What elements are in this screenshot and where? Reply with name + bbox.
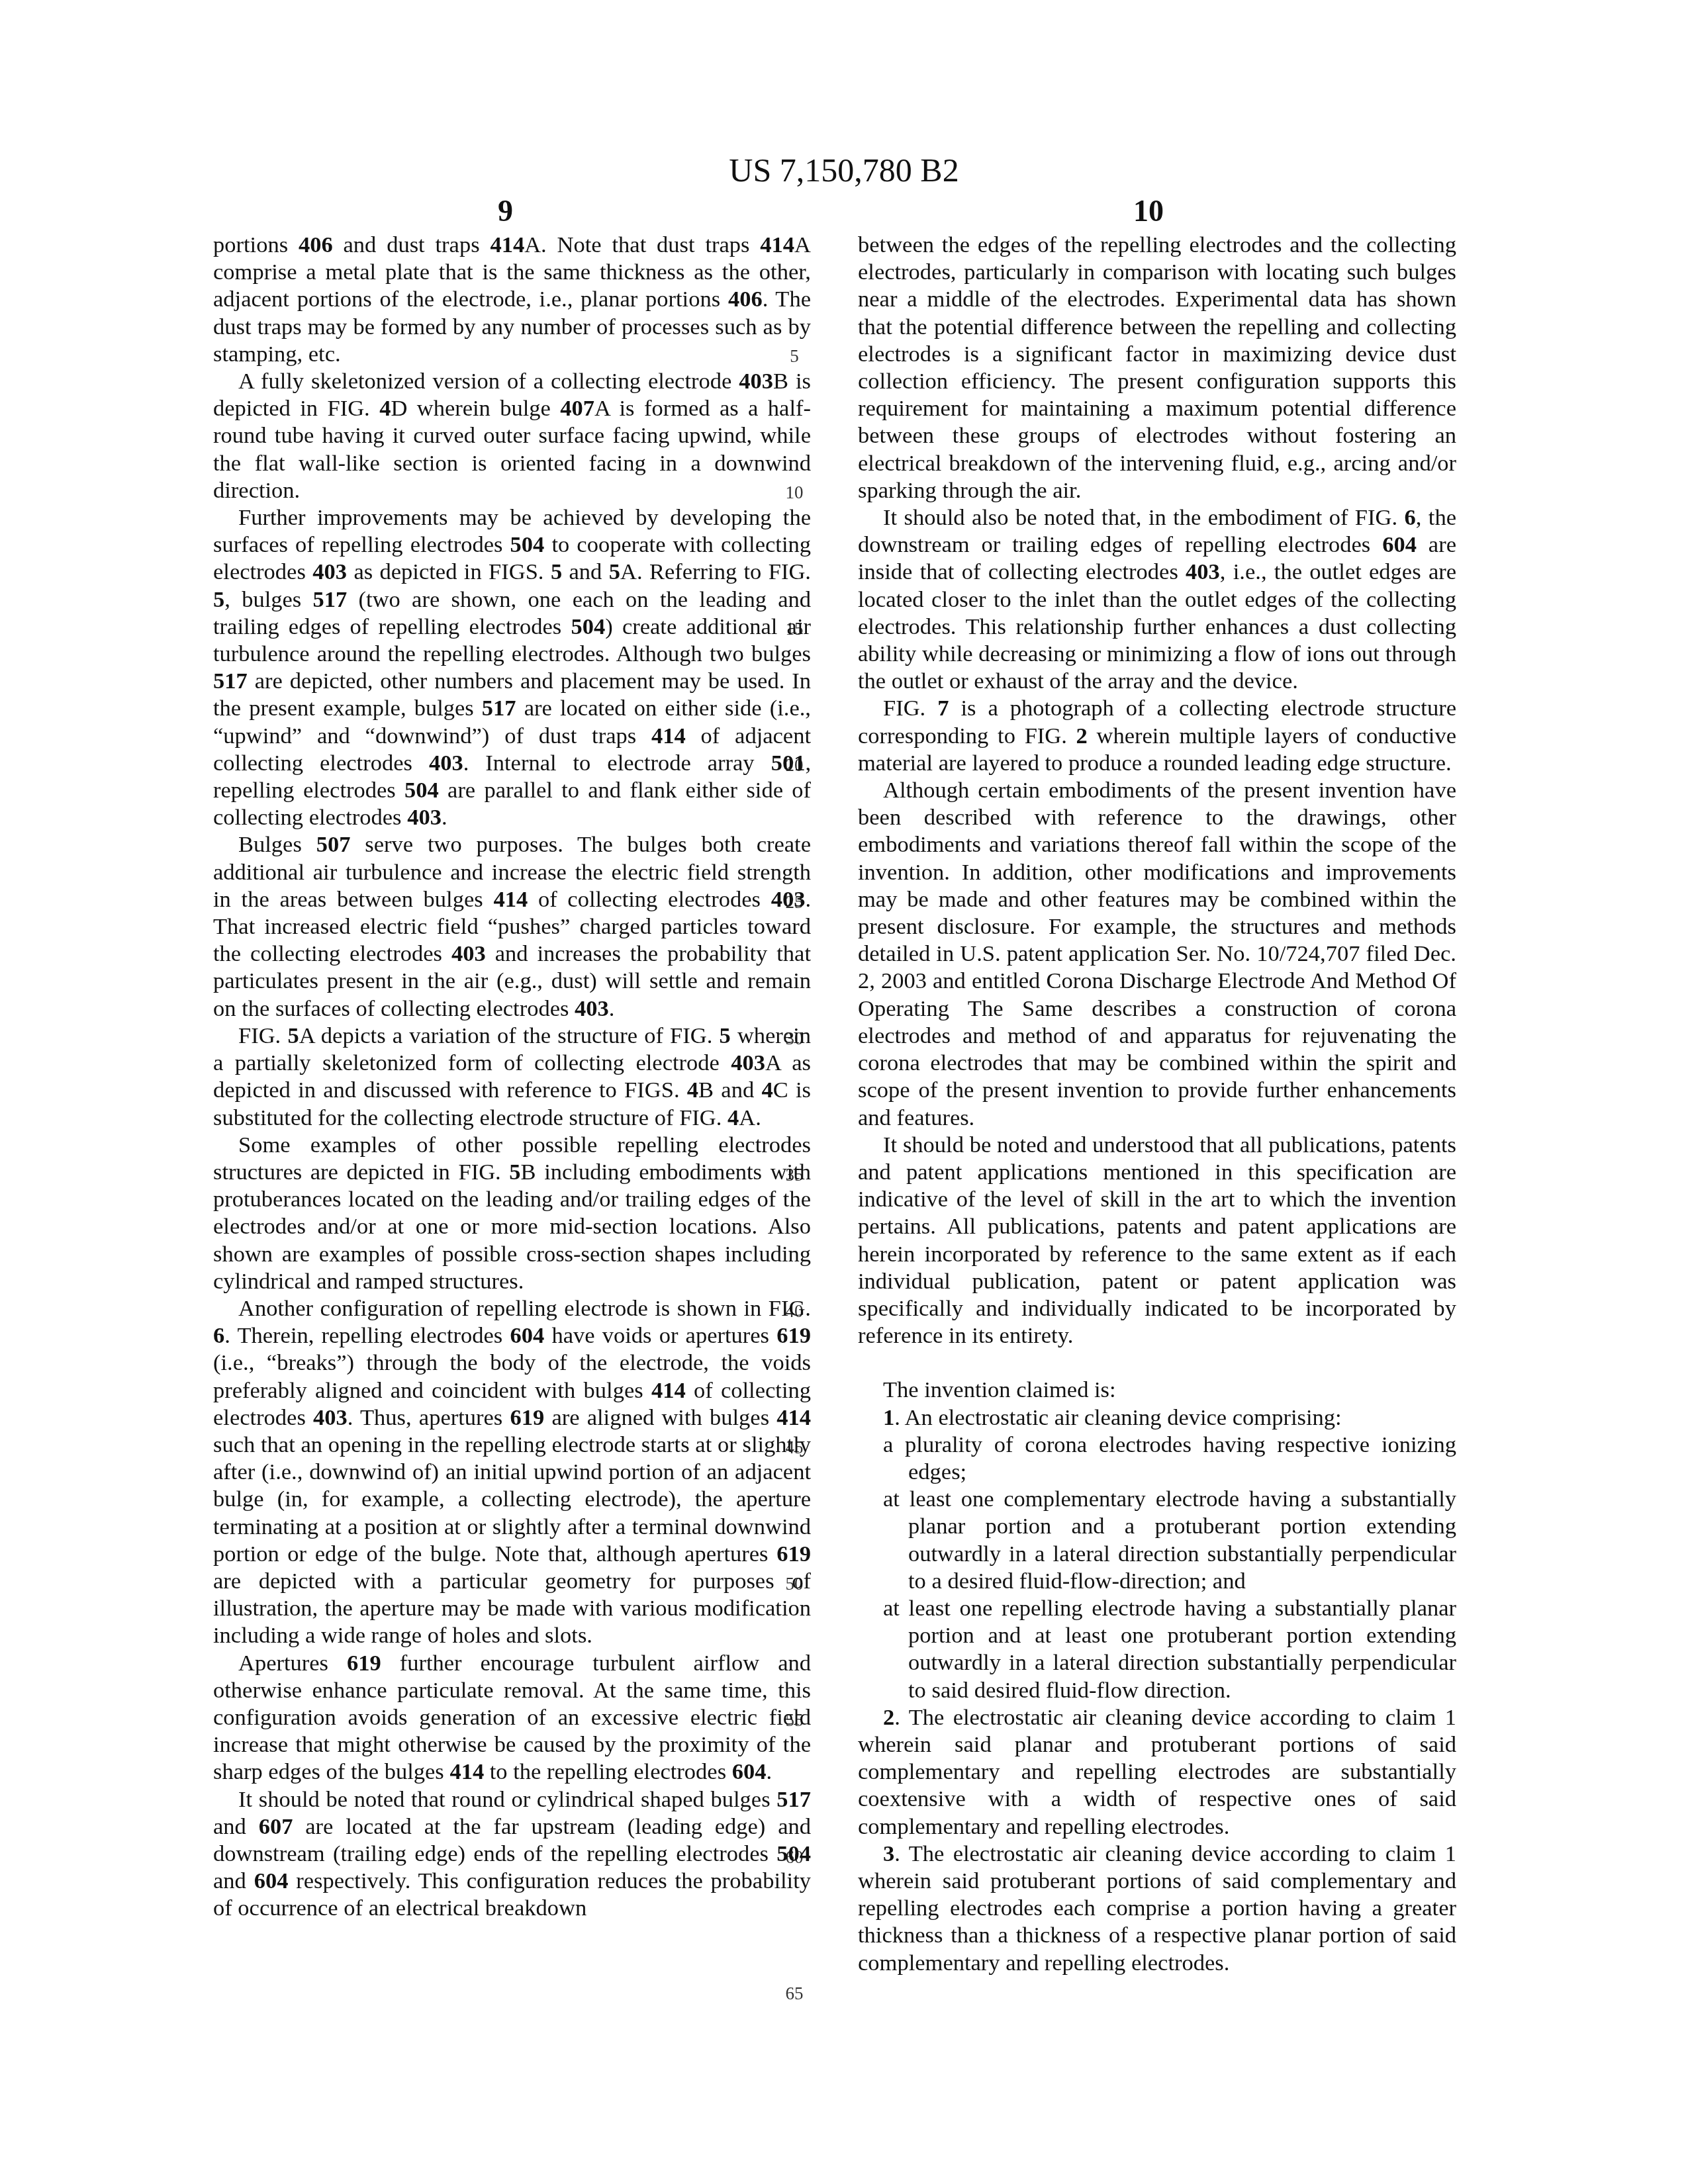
claim-3: 3. The electrostatic air cleaning device… [858, 1841, 1456, 1977]
right-text-column: between the edges of the repelling elect… [858, 232, 1456, 1977]
reference-numeral: 5 [719, 1023, 730, 1048]
reference-numeral: 5 [609, 559, 620, 584]
reference-numeral: 403 [771, 887, 806, 912]
reference-numeral: 607 [259, 1814, 293, 1839]
paragraph: between the edges of the repelling elect… [858, 232, 1456, 504]
reference-numeral: 517 [482, 696, 516, 721]
reference-numeral: 7 [937, 696, 949, 721]
claim-number: 3 [883, 1841, 894, 1866]
reference-numeral: 407 [560, 396, 594, 421]
paragraph: Some examples of other possible repellin… [213, 1132, 811, 1295]
reference-numeral: 4 [379, 396, 391, 421]
paragraph: A fully skeletonized version of a collec… [213, 368, 811, 504]
reference-numeral: 414 [493, 887, 528, 912]
claim-element: a plurality of corona electrodes having … [858, 1432, 1456, 1486]
reference-numeral: 414 [651, 723, 686, 749]
reference-numeral: 414 [776, 1405, 811, 1430]
claim-number: 2 [883, 1705, 894, 1730]
paragraph: Another configuration of repelling elect… [213, 1295, 811, 1650]
reference-numeral: 403 [1186, 559, 1220, 584]
reference-numeral: 4 [761, 1077, 773, 1103]
reference-numeral: 5 [287, 1023, 299, 1048]
reference-numeral: 604 [254, 1868, 289, 1893]
reference-numeral: 507 [316, 832, 351, 857]
reference-numeral: 403 [575, 996, 609, 1021]
reference-numeral: 403 [407, 805, 442, 830]
reference-numeral: 517 [213, 668, 248, 694]
reference-numeral: 4 [687, 1077, 698, 1103]
claim-text: . An electrostatic air cleaning device c… [894, 1405, 1341, 1430]
reference-numeral: 2 [1076, 723, 1088, 749]
reference-numeral: 4 [727, 1105, 739, 1130]
reference-numeral: 414 [490, 232, 524, 257]
reference-numeral: 406 [728, 287, 763, 312]
claim-2: 2. The electrostatic air cleaning device… [858, 1704, 1456, 1841]
line-number: 65 [774, 1983, 814, 2004]
claim-1: 1. An electrostatic air cleaning device … [858, 1404, 1456, 1432]
reference-numeral: 504 [776, 1841, 811, 1866]
paragraph: FIG. 5A depicts a variation of the struc… [213, 1023, 811, 1132]
reference-numeral: 619 [776, 1541, 811, 1567]
reference-numeral: 5 [551, 559, 562, 584]
claim-element: at least one complementary electrode hav… [858, 1486, 1456, 1595]
reference-numeral: 501 [771, 751, 806, 776]
reference-numeral: 604 [1382, 532, 1417, 557]
reference-numeral: 6 [1405, 505, 1416, 530]
reference-numeral: 403 [313, 1405, 348, 1430]
paragraph: Bulges 507 serve two purposes. The bulge… [213, 831, 811, 1022]
claim-text: . The electrostatic air cleaning device … [858, 1705, 1456, 1839]
reference-numeral: 403 [451, 941, 486, 966]
claim-number: 1 [883, 1405, 894, 1430]
left-column-number: 9 [498, 193, 513, 228]
paragraph: Further improvements may be achieved by … [213, 504, 811, 831]
reference-numeral: 517 [313, 587, 348, 612]
paragraph: It should be noted and understood that a… [858, 1132, 1456, 1350]
reference-numeral: 504 [510, 532, 545, 557]
reference-numeral: 619 [776, 1323, 811, 1348]
reference-numeral: 403 [429, 751, 463, 776]
paragraph: Although certain embodiments of the pres… [858, 777, 1456, 1132]
reference-numeral: 5 [509, 1160, 520, 1185]
reference-numeral: 403 [312, 559, 347, 584]
reference-numeral: 604 [732, 1759, 767, 1784]
patent-number-header: US 7,150,780 B2 [0, 151, 1688, 189]
reference-numeral: 414 [760, 232, 794, 257]
reference-numeral: 604 [510, 1323, 544, 1348]
paragraph: It should also be noted that, in the emb… [858, 504, 1456, 695]
reference-numeral: 504 [404, 778, 439, 803]
reference-numeral: 5 [213, 587, 224, 612]
reference-numeral: 406 [299, 232, 333, 257]
reference-numeral: 619 [347, 1651, 381, 1676]
paragraph: FIG. 7 is a photograph of a collecting e… [858, 695, 1456, 777]
paragraph: It should be noted that round or cylindr… [213, 1786, 811, 1923]
claims-heading: The invention claimed is: [858, 1377, 1456, 1404]
paragraph: portions 406 and dust traps 414A. Note t… [213, 232, 811, 368]
reference-numeral: 6 [213, 1323, 224, 1348]
paragraph: Apertures 619 further encourage turbulen… [213, 1650, 811, 1786]
right-column-number: 10 [1133, 193, 1164, 228]
left-text-column: portions 406 and dust traps 414A. Note t… [213, 232, 811, 1923]
reference-numeral: 619 [510, 1405, 544, 1430]
reference-numeral: 504 [571, 614, 605, 639]
claim-text: . The electrostatic air cleaning device … [858, 1841, 1456, 1976]
reference-numeral: 403 [731, 1050, 765, 1075]
claim-element: at least one repelling electrode having … [858, 1595, 1456, 1704]
reference-numeral: 414 [449, 1759, 484, 1784]
reference-numeral: 403 [739, 369, 773, 394]
reference-numeral: 517 [776, 1787, 811, 1812]
reference-numeral: 414 [651, 1378, 686, 1403]
